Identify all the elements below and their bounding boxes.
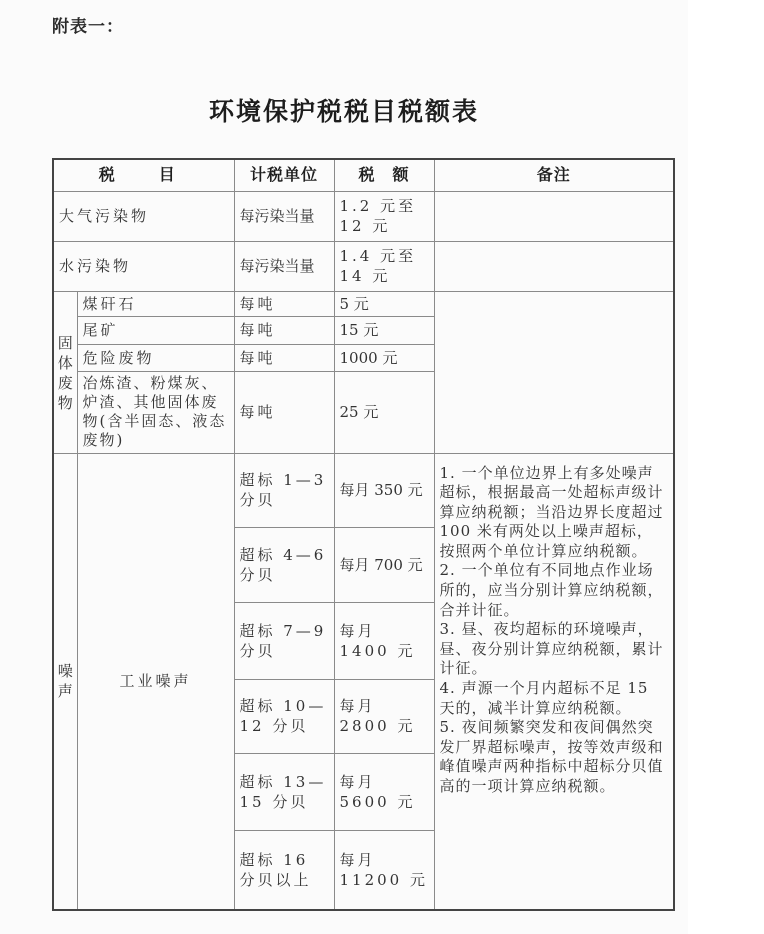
table-row-solid-waste: 固体废物 煤矸石 每吨 5 元	[53, 291, 674, 316]
table-row-water-pollutants: 水污染物 每污染当量 1.4 元至 14 元	[53, 241, 674, 291]
cell-amount: 每月 1400 元	[334, 602, 434, 679]
cell-amount: 15 元	[334, 316, 434, 344]
cell-amount: 每月 2800 元	[334, 679, 434, 753]
cell-item: 大气污染物	[53, 191, 234, 241]
cell-unit: 每吨	[234, 371, 334, 453]
cell-remarks	[434, 241, 674, 291]
cell-unit: 超标 10—12 分贝	[234, 679, 334, 753]
cell-remarks-noise: 1. 一个单位边界上有多处噪声超标，根据最高一处超标声级计算应纳税额；当沿边界长…	[434, 453, 674, 910]
cell-amount: 5 元	[334, 291, 434, 316]
cell-sub-item: 工业噪声	[77, 453, 234, 910]
cell-unit: 每吨	[234, 344, 334, 371]
table-row-air-pollutants: 大气污染物 每污染当量 1.2 元至 12 元	[53, 191, 674, 241]
document-title: 环境保护税税目税额表	[0, 92, 688, 128]
cell-amount: 每月 11200 元	[334, 830, 434, 910]
cell-amount: 1.4 元至 14 元	[334, 241, 434, 291]
cell-remarks	[434, 291, 674, 453]
cell-amount: 1.2 元至 12 元	[334, 191, 434, 241]
header-remarks: 备注	[434, 159, 674, 191]
cell-item: 冶炼渣、粉煤灰、炉渣、其他固体废物(含半固态、液态废物)	[77, 371, 234, 453]
category-solid-waste: 固体废物	[53, 291, 77, 453]
cell-unit: 超标 7—9 分贝	[234, 602, 334, 679]
cell-amount: 25 元	[334, 371, 434, 453]
header-tax-item: 税 目	[53, 159, 234, 191]
remark-item: 2. 一个单位有不同地点作业场所的，应当分别计算应纳税额，合并计征。	[440, 561, 669, 620]
cell-unit: 每污染当量	[234, 191, 334, 241]
cell-amount: 1000 元	[334, 344, 434, 371]
cell-item: 水污染物	[53, 241, 234, 291]
header-tax-amount: 税 额	[334, 159, 434, 191]
cell-unit: 超标 13—15 分贝	[234, 753, 334, 830]
cell-unit: 每吨	[234, 291, 334, 316]
tax-rate-table: 税 目 计税单位 税 额 备注 大气污染物 每污染当量 1.2 元至 12 元 …	[52, 158, 675, 911]
cell-unit: 超标 16 分贝以上	[234, 830, 334, 910]
cell-remarks	[434, 191, 674, 241]
table-row-noise: 噪声 工业噪声 超标 1—3 分贝 每月 350 元 1. 一个单位边界上有多处…	[53, 453, 674, 527]
cell-amount: 每月 5600 元	[334, 753, 434, 830]
cell-item: 危险废物	[77, 344, 234, 371]
category-noise: 噪声	[53, 453, 77, 910]
remark-item: 4. 声源一个月内超标不足 15 天的，减半计算应纳税额。	[440, 679, 669, 718]
cell-unit: 超标 4—6 分贝	[234, 527, 334, 602]
annex-label: 附表一：	[52, 12, 124, 37]
remark-item: 5. 夜间频繁突发和夜间偶然突发厂界超标噪声，按等效声级和峰值噪声两种指标中超标…	[440, 718, 669, 796]
cell-item: 煤矸石	[77, 291, 234, 316]
cell-item: 尾矿	[77, 316, 234, 344]
cell-unit: 超标 1—3 分贝	[234, 453, 334, 527]
cell-amount: 每月 350 元	[334, 453, 434, 527]
remark-item: 1. 一个单位边界上有多处噪声超标，根据最高一处超标声级计算应纳税额；当沿边界长…	[440, 464, 669, 562]
table-header-row: 税 目 计税单位 税 额 备注	[53, 159, 674, 191]
remark-item: 3. 昼、夜均超标的环境噪声，昼、夜分别计算应纳税额，累计计征。	[440, 620, 669, 679]
header-tax-unit: 计税单位	[234, 159, 334, 191]
cell-amount: 每月 700 元	[334, 527, 434, 602]
document-page: 附表一： 环境保护税税目税额表 税 目 计税单位 税 额 备注 大气污染物 每污…	[0, 0, 688, 934]
cell-unit: 每污染当量	[234, 241, 334, 291]
cell-unit: 每吨	[234, 316, 334, 344]
